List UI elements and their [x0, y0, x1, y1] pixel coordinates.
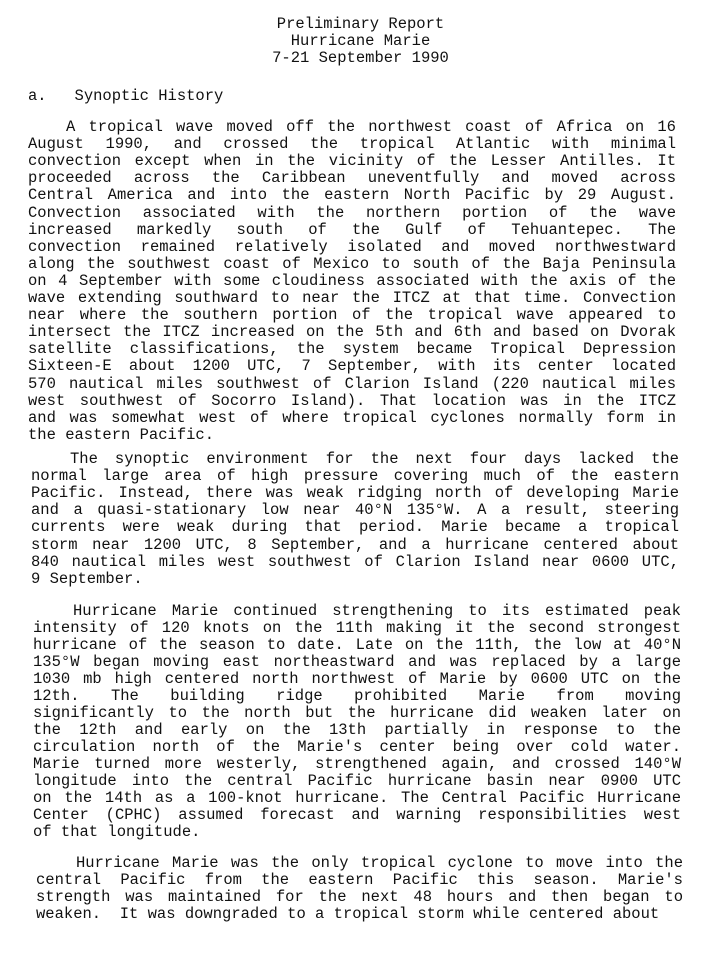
text-line: proceeded across the Caribbean uneventfu… [28, 170, 676, 187]
text-line: the 12th and early on the 13th partially… [33, 722, 681, 739]
text-line: and was somewhat west of where tropical … [28, 410, 676, 427]
text-line: near where the southern portion of the t… [28, 307, 676, 324]
text-line: Marie turned more westerly, strengthened… [33, 756, 681, 773]
report-dates: 7-21 September 1990 [0, 50, 717, 67]
text-line: Hurricane Marie continued strengthening … [73, 603, 681, 620]
text-line: and a quasi-stationary low near 40°N 135… [31, 502, 679, 519]
text-line: 840 nautical miles west southwest of Cla… [31, 554, 679, 571]
text-line: intensity of 120 knots on the 11th makin… [33, 620, 681, 637]
text-line: on 4 September with some cloudiness asso… [28, 273, 676, 290]
section-label: a. [28, 87, 47, 105]
text-line: 9 September. [31, 571, 143, 588]
text-line: Center (CPHC) assumed forecast and warni… [33, 807, 681, 824]
text-line: west southwest of Socorro Island). That … [28, 393, 676, 410]
text-line: Sixteen-E about 1200 UTC, 7 September, w… [28, 358, 676, 375]
text-line: weaken. It was downgraded to a tropical … [36, 906, 659, 923]
text-line: longitude into the central Pacific hurri… [33, 773, 681, 790]
text-line: August 1990, and crossed the tropical At… [28, 136, 676, 153]
text-line: 135°W began moving east northeastward an… [33, 654, 681, 671]
text-line: strength was maintained for the next 48 … [36, 889, 683, 906]
text-line: convection remained relatively isolated … [28, 239, 676, 256]
text-line: of that longitude. [33, 824, 200, 841]
text-line: A tropical wave moved off the northwest … [66, 119, 676, 136]
report-header: Preliminary Report Hurricane Marie 7-21 … [0, 16, 717, 67]
text-line: satellite classifications, the system be… [28, 341, 676, 358]
text-line: the eastern Pacific. [28, 427, 214, 444]
report-title: Preliminary Report [0, 16, 717, 33]
text-line: circulation north of the Marie's center … [33, 739, 681, 756]
text-line: currents were weak during that period. M… [31, 519, 679, 536]
text-line: Pacific. Instead, there was weak ridging… [31, 485, 679, 502]
text-line: Central America and into the eastern Nor… [28, 187, 676, 204]
text-line: increased markedly south of the Gulf of … [28, 222, 676, 239]
text-line: storm near 1200 UTC, 8 September, and a … [31, 537, 679, 554]
text-line: central Pacific from the eastern Pacific… [36, 872, 683, 889]
text-line: on the 14th as a 100-knot hurricane. The… [33, 790, 681, 807]
text-line: 12th. The building ridge prohibited Mari… [33, 688, 681, 705]
text-line: 1030 mb high centered north northwest of… [33, 671, 681, 688]
storm-name: Hurricane Marie [0, 33, 717, 50]
text-line: wave extending southward to near the ITC… [28, 290, 676, 307]
text-line: significantly to the north but the hurri… [33, 705, 681, 722]
section-title: Synoptic History [75, 87, 224, 105]
text-line: Convection associated with the northern … [28, 205, 676, 222]
section-heading: a. Synoptic History [28, 88, 223, 105]
document-page: Preliminary Report Hurricane Marie 7-21 … [0, 0, 717, 956]
text-line: 570 nautical miles southwest of Clarion … [28, 376, 676, 393]
text-line: The synoptic environment for the next fo… [70, 451, 679, 468]
text-line: normal large area of high pressure cover… [31, 468, 679, 485]
text-line: intersect the ITCZ increased on the 5th … [28, 324, 676, 341]
text-line: convection except when in the vicinity o… [28, 153, 676, 170]
text-line: Hurricane Marie was the only tropical cy… [76, 855, 683, 872]
text-line: hurricane of the season to date. Late on… [33, 637, 681, 654]
text-line: along the southwest coast of Mexico to s… [28, 256, 676, 273]
